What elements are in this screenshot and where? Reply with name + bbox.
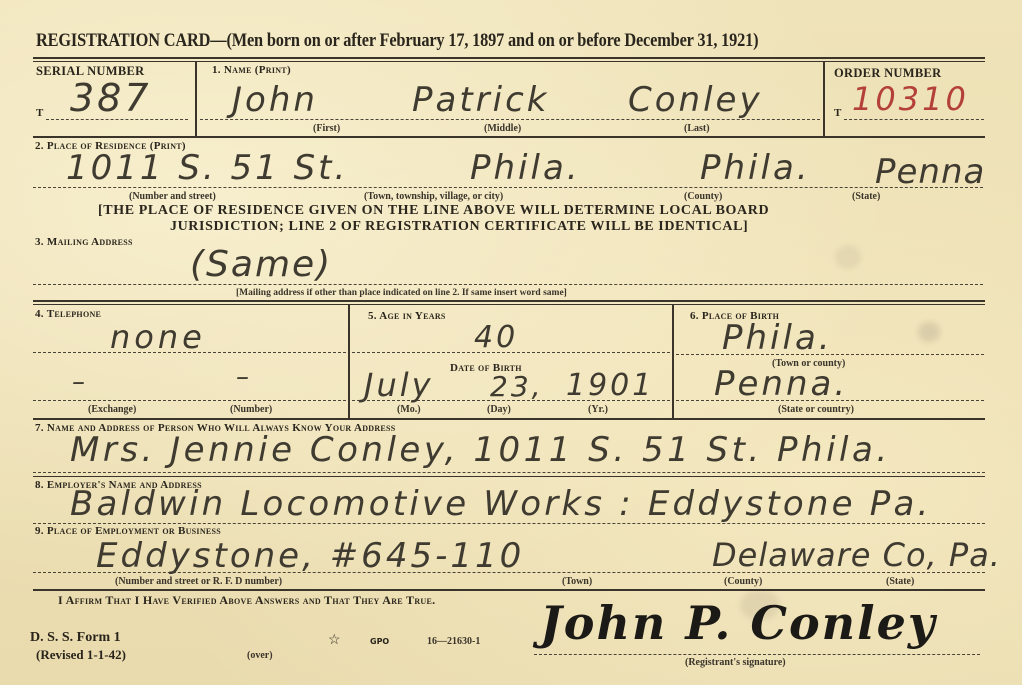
mailing-line: [33, 284, 983, 285]
telephone-exchange-value: –: [72, 367, 88, 397]
form-name: D. S. S. Form 1: [30, 630, 121, 646]
employment-county-caption: (County): [724, 576, 762, 587]
form-revision: (Revised 1-1-42): [36, 647, 126, 663]
residence-state-value: Penna: [875, 152, 985, 192]
divider: [348, 305, 350, 418]
birth-year-value: 1901: [566, 368, 654, 403]
jurisdiction-notice-line1: [THE PLACE OF RESIDENCE GIVEN ON THE LIN…: [98, 203, 769, 219]
last-caption: (Last): [684, 123, 710, 134]
birth-state-caption: (State or country): [778, 404, 854, 415]
day-caption: (Day): [487, 404, 511, 415]
card-title: REGISTRATION CARD—(Men born on or after …: [36, 30, 758, 52]
mailing-caption: [Mailing address if other than place ind…: [236, 288, 567, 298]
divider: [33, 61, 985, 62]
signature-line: [534, 654, 980, 655]
mailing-address-label: 3. Mailing Address: [35, 236, 133, 248]
middle-name-value: Patrick: [412, 80, 549, 120]
employer-value: Baldwin Locomotive Works : Eddystone Pa.: [70, 484, 932, 524]
mailing-address-value: (Same): [190, 244, 332, 285]
registrant-signature: John P. Conley: [540, 596, 937, 650]
order-number-value: 10310: [852, 80, 969, 118]
registration-card: REGISTRATION CARD—(Men born on or after …: [0, 0, 1022, 685]
employment-state-caption: (State): [886, 576, 914, 587]
jurisdiction-notice-line2: JURISDICTION; LINE 2 OF REGISTRATION CER…: [170, 219, 748, 235]
divider: [33, 57, 985, 59]
divider: [33, 589, 985, 591]
divider: [195, 62, 197, 137]
contact-line: [33, 472, 985, 473]
divider: [33, 136, 985, 138]
print-code: 16—21630-1: [427, 636, 480, 647]
residence-county-value: Phila.: [700, 148, 811, 188]
order-number-label: ORDER NUMBER: [834, 66, 941, 81]
birth-day-value: 23,: [490, 370, 544, 403]
birth-month-value: July: [364, 366, 434, 404]
state-caption: (State): [852, 191, 880, 202]
year-caption: (Yr.): [588, 404, 608, 415]
contact-person-value: Mrs. Jennie Conley, 1011 S. 51 St. Phila…: [70, 430, 891, 470]
number-caption: (Number): [230, 404, 272, 415]
divider: [672, 305, 674, 418]
paper-stain: [918, 322, 940, 342]
divider: [823, 62, 825, 137]
divider: [33, 476, 985, 477]
serial-prefix: T: [36, 107, 43, 119]
street-caption: (Number and street): [129, 191, 216, 202]
employment-county-value: Delaware Co, Pa.: [712, 536, 1001, 574]
star-icon: ☆: [328, 632, 341, 648]
town-caption: (Town, township, village, or city): [364, 191, 503, 202]
divider: [33, 304, 985, 305]
first-name-value: John: [232, 80, 318, 120]
order-prefix: T: [834, 107, 841, 119]
middle-caption: (Middle): [484, 123, 521, 134]
telephone-number-line: [33, 400, 346, 401]
residence-town-value: Phila.: [470, 148, 581, 188]
serial-number-value: 387: [70, 76, 152, 120]
over-note: (over): [247, 650, 273, 661]
telephone-number-value: –: [236, 362, 252, 392]
month-caption: (Mo.): [397, 404, 421, 415]
divider: [33, 418, 985, 420]
last-name-value: Conley: [628, 80, 763, 120]
birth-town-value: Phila.: [722, 318, 833, 358]
telephone-value: none: [110, 318, 206, 356]
divider: [33, 300, 985, 302]
residence-street-value: 1011 S. 51 St.: [66, 148, 348, 188]
employment-town-caption: (Town): [562, 576, 592, 587]
first-caption: (First): [313, 123, 340, 134]
age-label: 5. Age in Years: [368, 310, 446, 322]
order-line: [844, 119, 984, 120]
exchange-caption: (Exchange): [88, 404, 136, 415]
county-caption: (County): [684, 191, 722, 202]
gpo-mark: GPO: [370, 637, 389, 646]
age-value: 40: [474, 320, 518, 355]
employment-street-caption: (Number and street or R. F. D number): [115, 576, 282, 587]
employment-street-value: Eddystone, #645-110: [96, 536, 524, 576]
affirmation-text: I Affirm That I Have Verified Above Answ…: [58, 593, 435, 608]
name-label: 1. Name (Print): [212, 64, 291, 76]
telephone-label: 4. Telephone: [35, 308, 101, 320]
birth-state-value: Penna.: [714, 364, 848, 404]
paper-stain: [835, 245, 861, 269]
signature-caption: (Registrant's signature): [685, 657, 786, 668]
